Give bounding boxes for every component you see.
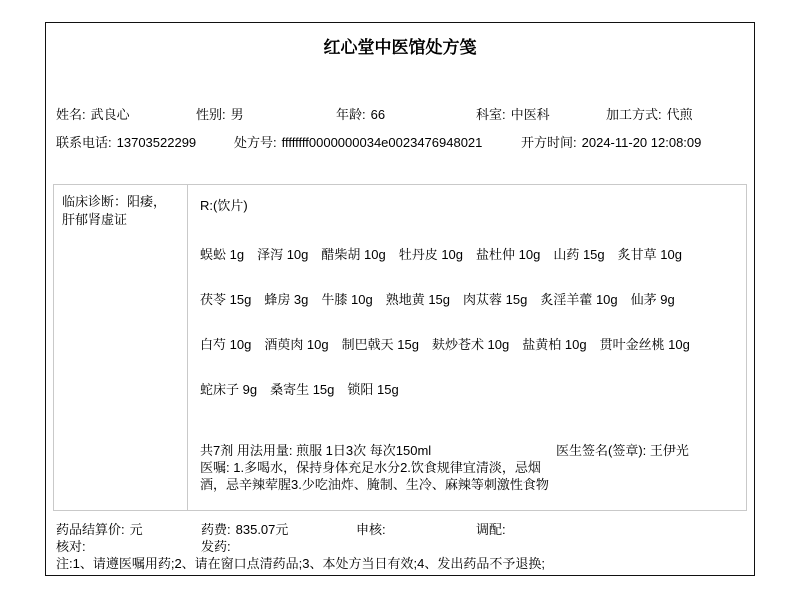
footer-row-1: 药品结算价:元 药费:835.07元 申核: 调配: (56, 522, 746, 538)
dispense-label: 调配: (476, 522, 506, 537)
patient-name-field: 姓名:武良心 (56, 107, 196, 123)
herb-item: 炙甘草 10g (618, 247, 682, 262)
herb-line-3: 白芍 10g酒萸肉 10g制巴戟天 15g麸炒苍术 10g盐黄柏 10g贯叶金丝… (200, 337, 734, 353)
footer-note: 注:1、请遵医嘱用药;2、请在窗口点清药品;3、本处方当日有效;4、发出药品不予… (56, 556, 746, 572)
rx-cell: R:(饮片) 蜈蚣 1g泽泻 10g醋柴胡 10g牡丹皮 10g盐杜仲 10g山… (188, 185, 746, 510)
herb-item: 麸炒苍术 10g (432, 337, 509, 352)
herb-item: 酒萸肉 10g (264, 337, 328, 352)
rx-number-value: ffffffff0000000034e0023476948021 (282, 135, 483, 150)
patient-gender-field: 性别:男 (196, 107, 336, 123)
process-method-value: 代煎 (667, 107, 693, 122)
check-label: 核对: (56, 539, 86, 554)
settle-price-value: 元 (130, 522, 143, 537)
herb-item: 蛇床子 9g (200, 382, 257, 397)
advice-text: 医嘱: 1.多喝水，保持身体充足水分2.饮食规律宜清淡，忌烟酒，忌辛辣荤腥3.少… (200, 459, 556, 493)
patient-gender-value: 男 (231, 107, 244, 122)
doctor-signature: 医生签名(签章): 王伊光 (556, 442, 734, 493)
review-label: 申核: (356, 522, 386, 537)
patient-name-value: 武良心 (91, 107, 130, 122)
check-field: 核对: (56, 539, 201, 555)
patient-age-value: 66 (371, 107, 385, 122)
herb-item: 山药 15g (553, 247, 604, 262)
prescription-box: 临床诊断：阳痿，肝郁肾虚证 R:(饮片) 蜈蚣 1g泽泻 10g醋柴胡 10g牡… (53, 184, 747, 511)
medicine-fee-value: 835.07元 (236, 522, 289, 537)
patient-info-row-1: 姓名:武良心 性别:男 年龄:66 科室:中医科 加工方式:代煎 (56, 107, 746, 123)
herb-item: 泽泻 10g (257, 247, 308, 262)
herb-item: 牡丹皮 10g (399, 247, 463, 262)
diagnosis-label: 临床诊断： (62, 194, 127, 209)
patient-age-label: 年龄: (336, 107, 366, 122)
herb-item: 桑寄生 15g (270, 382, 334, 397)
herb-item: 茯苓 15g (200, 292, 251, 307)
issue-field: 发药: (201, 539, 236, 555)
patient-gender-label: 性别: (196, 107, 226, 122)
prescription-sheet: 红心堂中医馆处方笺 姓名:武良心 性别:男 年龄:66 科室:中医科 加工方式:… (45, 22, 755, 576)
herb-item: 熟地黄 15g (386, 292, 450, 307)
herb-line-2: 茯苓 15g蜂房 3g牛膝 10g熟地黄 15g肉苁蓉 15g炙淫羊藿 10g仙… (200, 292, 734, 308)
herb-item: 炙淫羊藿 10g (540, 292, 617, 307)
phone-value: 13703522299 (117, 135, 197, 150)
herb-item: 醋柴胡 10g (321, 247, 385, 262)
usage-line: 共7剂 用法用量: 煎服 1日3次 每次150ml (200, 442, 556, 459)
review-field: 申核: (356, 522, 476, 538)
herb-item: 贯叶金丝桃 10g (600, 337, 690, 352)
usage-row: 共7剂 用法用量: 煎服 1日3次 每次150ml 医嘱: 1.多喝水，保持身体… (200, 442, 734, 493)
herb-line-1: 蜈蚣 1g泽泻 10g醋柴胡 10g牡丹皮 10g盐杜仲 10g山药 15g炙甘… (200, 247, 734, 263)
herb-item: 盐杜仲 10g (476, 247, 540, 262)
rx-time-value: 2024-11-20 12:08:09 (582, 135, 702, 150)
herb-item: 制巴戟天 15g (342, 337, 419, 352)
diagnosis-cell: 临床诊断：阳痿，肝郁肾虚证 (54, 185, 188, 510)
patient-dept-field: 科室:中医科 (476, 107, 606, 123)
patient-info-row-2: 联系电话:13703522299 处方号:ffffffff0000000034e… (56, 135, 746, 151)
rx-header: R:(饮片) (200, 198, 734, 214)
rx-time-label: 开方时间: (521, 135, 577, 150)
herb-item: 肉苁蓉 15g (463, 292, 527, 307)
rx-time-field: 开方时间:2024-11-20 12:08:09 (521, 135, 701, 151)
herb-item: 蜈蚣 1g (200, 247, 244, 262)
dispense-field: 调配: (476, 522, 511, 538)
settle-price-label: 药品结算价: (56, 522, 125, 537)
process-method-field: 加工方式:代煎 (606, 107, 693, 123)
rx-number-label: 处方号: (234, 135, 277, 150)
medicine-fee-label: 药费: (201, 522, 231, 537)
medicine-fee-field: 药费:835.07元 (201, 522, 356, 538)
footer-row-2: 核对: 发药: (56, 539, 746, 555)
usage-and-advice: 共7剂 用法用量: 煎服 1日3次 每次150ml 医嘱: 1.多喝水，保持身体… (200, 442, 556, 493)
phone-field: 联系电话:13703522299 (56, 135, 234, 151)
patient-dept-value: 中医科 (511, 107, 550, 122)
rx-number-field: 处方号:ffffffff0000000034e0023476948021 (234, 135, 521, 151)
phone-label: 联系电话: (56, 135, 112, 150)
issue-label: 发药: (201, 539, 231, 554)
herb-item: 盐黄柏 10g (522, 337, 586, 352)
herb-item: 牛膝 10g (321, 292, 372, 307)
herb-item: 蜂房 3g (264, 292, 308, 307)
herb-item: 锁阳 15g (347, 382, 398, 397)
patient-dept-label: 科室: (476, 107, 506, 122)
herb-item: 仙茅 9g (631, 292, 675, 307)
settle-price-field: 药品结算价:元 (56, 522, 201, 538)
page-title: 红心堂中医馆处方笺 (46, 37, 754, 59)
process-method-label: 加工方式: (606, 107, 662, 122)
herb-line-4: 蛇床子 9g桑寄生 15g锁阳 15g (200, 382, 734, 398)
patient-age-field: 年龄:66 (336, 107, 476, 123)
herb-item: 白芍 10g (200, 337, 251, 352)
patient-name-label: 姓名: (56, 107, 86, 122)
